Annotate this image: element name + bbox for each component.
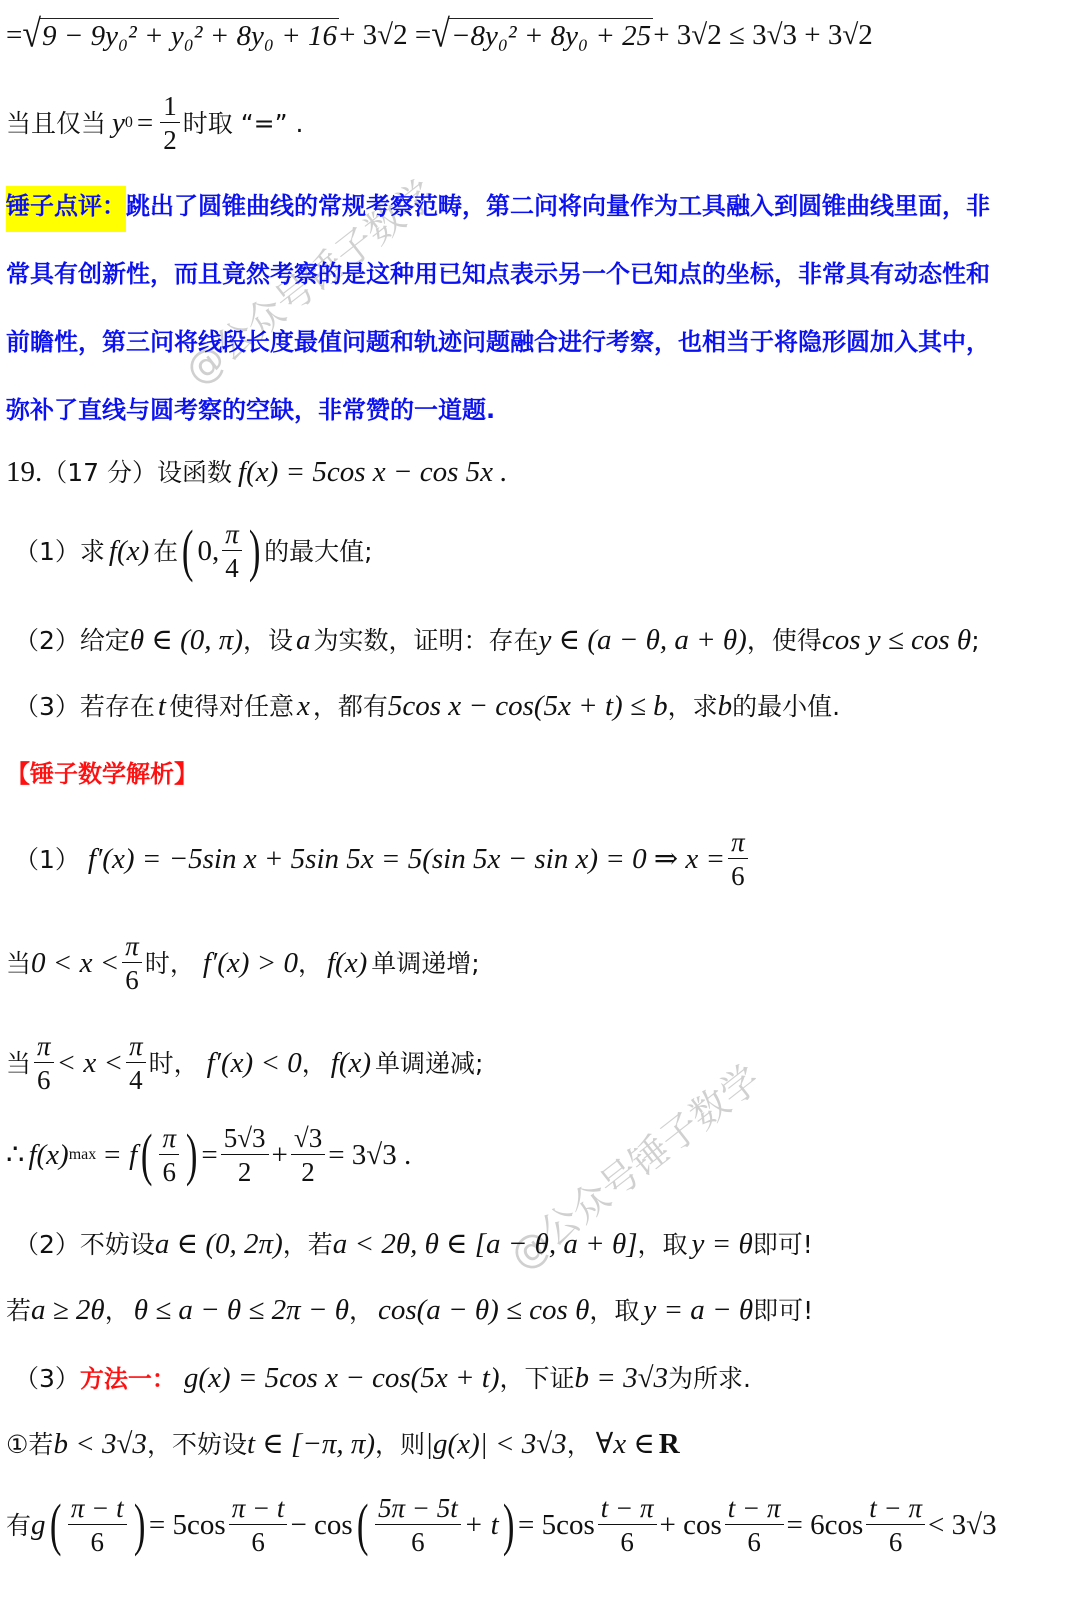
part1-post: 的最大值; [264,539,372,564]
dec-pre: 当 [6,1051,31,1076]
frac-num: 5π − 5t [375,1494,461,1525]
term-2: + 3√2 ≤ 3√3 + 3√2 [653,21,873,50]
right-paren-icon: ) [186,1126,198,1184]
s2a-math: a < 2θ, θ ∈ [a − θ, a + θ] [333,1230,638,1259]
review-line: 弥补了直线与圆考察的空缺，非常赞的一道题. [6,376,1056,444]
s3-math: g(x) = 5cos x − cos(5x + t) [184,1364,500,1393]
condition-var: y [112,109,125,138]
part-label: （1） [14,539,80,564]
fraction-pi-6: π 6 [122,932,142,995]
s2a-math: a ∈ (0, 2π) [155,1230,283,1259]
max-result: = 3√3 . [328,1141,411,1170]
have-lt: < 3√3 [928,1511,997,1540]
condition-suffix: 时取 “=” . [183,111,304,136]
fraction-pi-minus-t-6: π − t 6 [229,1494,288,1557]
problem-part-1: （1） 求 f(x) 在 ( 0, π 4 ) 的最大值; [14,520,373,583]
frac-den: 6 [731,859,745,890]
inc-fx: f(x) [327,949,367,978]
inc-text: ， [298,951,323,976]
frac-num: t − π [866,1494,925,1525]
have-plus-t: + t [464,1511,499,1540]
review-block: 锤子点评：跳出了圆锥曲线的常规考察范畴，第二问将向量作为工具融入到圆锥曲线里面，… [6,172,1056,444]
right-paren-icon: ) [503,1496,515,1554]
radical-icon: √ [22,15,41,54]
fraction-pi-minus-t-6: π − t 6 [68,1494,127,1557]
solution-heading-text: 【锤子数学解析】 [6,762,198,786]
solution-3-method-1: （3） 方法一： g(x) = 5cos x − cos(5x + t) ，下证… [14,1364,751,1393]
frac-num: π [34,1032,54,1063]
part2-math: y ∈ (a − θ, a + θ) [539,626,747,655]
dec-fx: f(x) [331,1049,371,1078]
sqrt-2-body: −8y₀² + 8y₀ + 25 [449,18,653,52]
eq-prefix: = [6,21,22,50]
have-g: g [31,1511,46,1540]
part3-text: ，都有 [313,694,388,719]
have-pre: 有 [6,1513,31,1538]
s2b-text: ， [349,1298,374,1323]
frac-num: π [728,828,748,859]
problem-stem: 19. （17 分） 设函数 f(x) = 5cos x − cos 5x . [6,458,507,487]
case1-math: b < 3√3 [53,1430,147,1459]
derivative-expr: f′(x) = −5sin x + 5sin 5x = 5(sin 5x − s… [88,845,725,874]
case1-text: ，不妨设 [147,1432,247,1457]
frac-den: 6 [162,1155,176,1186]
have-eq2: = 5cos [518,1511,595,1540]
equality-condition: 当且仅当 y0 = 1 2 时取 “=” . [6,92,303,155]
frac-num: 5√3 [221,1124,269,1155]
frac-den: 2 [301,1155,315,1186]
part3-text: 的最小值. [732,694,840,719]
sqrt-1-body: 9 − 9y₀² + y₀² + 8y₀ + 16 [40,18,339,52]
frac-num: π − t [229,1494,288,1525]
fraction-t-minus-pi-6: t − π 6 [725,1494,784,1557]
part2-text: 给定 [80,628,130,653]
frac-den: 4 [225,551,239,582]
case1-text: ， [567,1432,592,1457]
right-paren-icon: ) [249,522,261,580]
s2a-text: 即可! [753,1232,813,1257]
review-text: 跳出了圆锥曲线的常规考察范畴，第二问将向量作为工具融入到圆锥曲线里面，非 [126,192,990,220]
inc-text: 单调递增; [371,951,479,976]
part3-math: t [158,692,166,721]
part2-text: ，设 [243,628,293,653]
fraction-pi-4: π 4 [126,1032,146,1095]
part-label: （1） [14,847,80,872]
left-paren-icon: ( [141,1126,153,1184]
frac-den: 2 [163,123,177,154]
sqrt-2: √ −8y₀² + 8y₀ + 25 [431,18,653,52]
part3-text: 若存在 [80,694,155,719]
max-sub: max [69,1147,97,1163]
part2-math: cos y ≤ cos θ [822,626,971,655]
condition-sub: 0 [125,115,133,131]
s2a-text: ，取 [637,1232,687,1257]
left-paren-icon: ( [182,522,194,580]
s2b-text: 若 [6,1298,31,1323]
frac-den: 6 [411,1525,425,1556]
problem-number: 19. [6,458,42,487]
frac-den: 6 [37,1063,51,1094]
max-eq: = [201,1141,217,1170]
frac-num: t − π [725,1494,784,1525]
fraction-pi-4: π 4 [222,520,242,583]
frac-num: π [122,932,142,963]
problem-points: （17 分） [42,460,157,485]
interval-left: 0, [198,537,220,566]
radical-icon: √ [431,15,450,54]
fraction-pi-6: π 6 [34,1032,54,1095]
problem-part-2: （2） 给定 θ ∈ (0, π) ，设 a 为实数，证明：存在 y ∈ (a … [14,626,980,655]
case1-text: 若 [28,1432,53,1457]
part1-mid: 在 [153,539,178,564]
condition-prefix: 当且仅当 [6,111,106,136]
review-line: 前瞻性，第三问将线段长度最值问题和轨迹问题融合进行考察，也相当于将隐形圆加入其中… [6,308,1056,376]
part3-math: 5cos x − cos(5x + t) ≤ b [388,692,668,721]
inc-text: 时， [145,951,195,976]
part3-math: b [718,692,733,721]
frac-num: π [222,520,242,551]
solution-1-derivative: （1） f′(x) = −5sin x + 5sin 5x = 5(sin 5x… [14,828,751,891]
part1-fx: f(x) [109,537,149,566]
top-equation: = √ 9 − 9y₀² + y₀² + 8y₀ + 16 + 3√2 = √ … [6,18,873,52]
have-eq1: = 5cos [149,1511,226,1540]
frac-den: 6 [251,1525,265,1556]
solution-2-case-a: （2） 不妨设 a ∈ (0, 2π) ，若 a < 2θ, θ ∈ [a − … [14,1230,813,1259]
dec-text: 时， [149,1051,199,1076]
frac-den: 6 [90,1525,104,1556]
dec-text: ， [302,1051,327,1076]
solution-1-increasing: 当 0 < x < π 6 时， f′(x) > 0 ， f(x) 单调递增; [6,932,480,995]
solution-3-have: 有 g ( π − t 6 ) = 5cos π − t 6 − cos ( 5… [6,1494,997,1557]
case1-text: ，则 [375,1432,425,1457]
part2-text: 为实数，证明：存在 [314,628,539,653]
frac-den: 6 [747,1525,761,1556]
part-label: （2） [14,1232,80,1257]
term-1: + 3√2 = [339,21,431,50]
s2a-text: ，若 [283,1232,333,1257]
right-paren-icon: ) [133,1496,145,1554]
frac-num: π [126,1032,146,1063]
case1-math: t ∈ [−π, π) [247,1430,375,1459]
frac-den: 6 [620,1525,634,1556]
inc-derivative: f′(x) > 0 [203,949,298,978]
inc-pre: 当 [6,951,31,976]
part-label: （3） [14,694,80,719]
have-minus-cos: − cos [290,1511,352,1540]
real-numbers-symbol: R [659,1430,680,1459]
solution-3-case-1: ① 若 b < 3√3 ，不妨设 t ∈ [−π, π) ，则 |g(x)| <… [6,1430,680,1459]
frac-den: 6 [889,1525,903,1556]
frac-den: 4 [129,1063,143,1094]
review-line: 锤子点评：跳出了圆锥曲线的常规考察范畴，第二问将向量作为工具融入到圆锥曲线里面，… [6,172,1056,240]
condition-eq: = [137,109,153,138]
review-line: 常具有创新性，而且竟然考察的是这种用已知点表示另一个已知点的坐标，非常具有动态性… [6,240,1056,308]
s2b-math: θ ≤ a − θ ≤ 2π − θ [134,1296,349,1325]
case1-math: ∀x ∈ [596,1430,655,1459]
therefore-symbol: ∴ [6,1141,24,1170]
frac-num: π [159,1124,179,1155]
part-label: （2） [14,628,80,653]
have-eq3: = 6cos [787,1511,864,1540]
part2-text: ; [971,628,979,653]
max-fx: f(x) [28,1141,68,1170]
circled-one-icon: ① [6,1432,28,1457]
dec-derivative: f′(x) < 0 [207,1049,302,1078]
fraction-one-half: 1 2 [160,92,180,155]
part3-text: ，求 [668,694,718,719]
problem-function: f(x) = 5cos x − cos 5x . [238,458,507,487]
frac-den: 2 [238,1155,252,1186]
part3-math: x [297,692,310,721]
max-plus: + [272,1141,288,1170]
s2b-text: 即可! [753,1298,813,1323]
fraction-sqrt3-2: √3 2 [291,1124,325,1187]
problem-part-3: （3） 若存在 t 使得对任意 x ，都有 5cos x − cos(5x + … [14,692,840,721]
s3-text: ，下证 [499,1366,574,1391]
part1-pre: 求 [80,539,105,564]
s2b-math: cos(a − θ) ≤ cos θ [378,1296,589,1325]
case1-math: |g(x)| < 3√3 [425,1430,567,1459]
dec-text: 单调递减; [375,1051,483,1076]
solution-heading: 【锤子数学解析】 [6,762,198,786]
dec-range: < x < [57,1049,124,1078]
fraction-5pi-minus-5t-6: 5π − 5t 6 [375,1494,461,1557]
fraction-pi-6: π 6 [728,828,748,891]
left-paren-icon: ( [49,1496,61,1554]
s2b-math: a ≥ 2θ [31,1296,105,1325]
frac-num: π − t [68,1494,127,1525]
review-label: 锤子点评： [6,186,126,232]
frac-num: 1 [160,92,180,123]
part-label: （3） [14,1366,80,1391]
fraction-t-minus-pi-6: t − π 6 [598,1494,657,1557]
part2-text: ，使得 [747,628,822,653]
part2-math: a [296,626,311,655]
left-paren-icon: ( [357,1496,369,1554]
s3-text: 为所求. [668,1366,751,1391]
fraction-t-minus-pi-6: t − π 6 [866,1494,925,1557]
sqrt-1: √ 9 − 9y₀² + y₀² + 8y₀ + 16 [22,18,339,52]
method-label: 方法一： [80,1367,176,1391]
s2b-text: ，取 [589,1298,639,1323]
frac-num: t − π [598,1494,657,1525]
max-eq-f: = f [102,1141,137,1170]
s2a-text: 不妨设 [80,1232,155,1257]
part2-math: θ ∈ (0, π) [130,626,243,655]
frac-num: √3 [291,1124,325,1155]
s2b-text: ， [105,1298,130,1323]
s2b-math: y = a − θ [643,1296,753,1325]
part3-text: 使得对任意 [169,694,294,719]
solution-1-decreasing: 当 π 6 < x < π 4 时， f′(x) < 0 ， f(x) 单调递减… [6,1032,483,1095]
frac-den: 6 [125,963,139,994]
fraction-pi-6: π 6 [159,1124,179,1187]
s3-math: b = 3√3 [575,1364,669,1393]
solution-1-max: ∴ f(x)max = f ( π 6 ) = 5√3 2 + √3 2 = 3… [6,1124,411,1187]
fraction-5sqrt3-2: 5√3 2 [221,1124,269,1187]
s2a-math: y = θ [692,1230,753,1259]
solution-2-case-b: 若 a ≥ 2θ ， θ ≤ a − θ ≤ 2π − θ ， cos(a − … [6,1296,813,1325]
inc-range: 0 < x < [31,949,119,978]
have-plus-cos: + cos [660,1511,722,1540]
problem-stem-text: 设函数 [157,460,232,485]
